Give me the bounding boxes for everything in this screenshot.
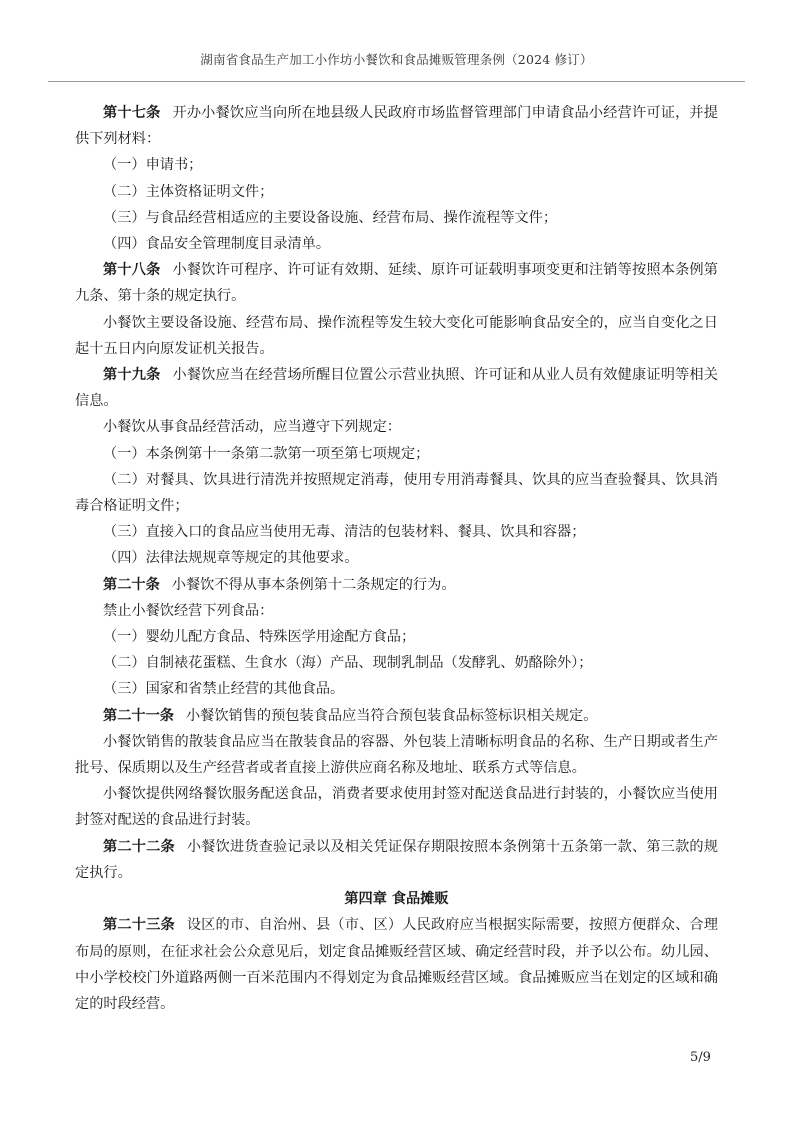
- paragraph: 第十七条开办小餐饮应当向所在地县级人民政府市场监督管理部门申请食品小经营许可证，…: [75, 100, 718, 152]
- article-number: 第二十三条: [103, 917, 175, 933]
- page-number: 5/9: [690, 1050, 711, 1065]
- paragraph-text: 小餐饮不得从事本条例第十二条规定的行为。: [172, 577, 456, 593]
- paragraph-text: （三）与食品经营相适应的主要设备设施、经营布局、操作流程等文件；: [103, 210, 557, 226]
- paragraph-text: （一）申请书；: [103, 157, 202, 173]
- paragraph-text: 小餐饮销售的预包装食品应当符合预包装食品标签标识相关规定。: [186, 708, 597, 724]
- paragraph: 禁止小餐饮经营下列食品：: [75, 598, 718, 624]
- paragraph-text: 开办小餐饮应当向所在地县级人民政府市场监督管理部门申请食品小经营许可证，并提供下…: [75, 105, 718, 147]
- paragraph-text: （三）国家和省禁止经营的其他食品。: [103, 681, 344, 697]
- paragraph: 小餐饮销售的散装食品应当在散装食品的容器、外包装上清晰标明食品的名称、生产日期或…: [75, 729, 718, 781]
- list-item: （二）主体资格证明文件；: [75, 179, 718, 205]
- running-header: 湖南省食品生产加工小作坊小餐饮和食品摊贩管理条例（2024 修订）: [48, 50, 745, 68]
- paragraph-text: （一）婴幼儿配方食品、特殊医学用途配方食品；: [103, 629, 415, 645]
- paragraph: 第二十条小餐饮不得从事本条例第十二条规定的行为。: [75, 572, 718, 598]
- article-number: 第二十二条: [103, 839, 175, 855]
- paragraph-text: 小餐饮提供网络餐饮服务配送食品，消费者要求使用封签对配送食品进行封装的，小餐饮应…: [75, 786, 718, 828]
- paragraph-text: （二）对餐具、饮具进行清洗并按照规定消毒，使用专用消毒餐具、饮具的应当查验餐具、…: [75, 472, 718, 514]
- paragraph-text: （一）本条例第十一条第二款第一项至第七项规定；: [103, 446, 429, 462]
- list-item: （二）自制裱花蛋糕、生食水（海）产品、现制乳制品（发酵乳、奶酪除外）；: [75, 650, 718, 676]
- paragraph: 小餐饮从事食品经营活动，应当遵守下列规定：: [75, 414, 718, 440]
- paragraph: 小餐饮提供网络餐饮服务配送食品，消费者要求使用封签对配送食品进行封装的，小餐饮应…: [75, 781, 718, 833]
- paragraph: 第十九条小餐饮应当在经营场所醒目位置公示营业执照、许可证和从业人员有效健康证明等…: [75, 362, 718, 414]
- paragraph: 第二十三条设区的市、自治州、县（市、区）人民政府应当根据实际需要，按照方便群众、…: [75, 912, 718, 1017]
- paragraph-text: 小餐饮许可程序、许可证有效期、延续、原许可证载明事项变更和注销等按照本条例第九条…: [75, 262, 718, 304]
- paragraph-text: （四）法律法规规章等规定的其他要求。: [103, 550, 358, 566]
- article-number: 第十九条: [103, 367, 160, 383]
- document-body: 第十七条开办小餐饮应当向所在地县级人民政府市场监督管理部门申请食品小经营许可证，…: [75, 100, 718, 1017]
- paragraph: 第二十二条小餐饮进货查验记录以及相关凭证保存期限按照本条例第十五条第一款、第三款…: [75, 834, 718, 886]
- article-number: 第二十一条: [103, 708, 174, 724]
- paragraph-text: 小餐饮主要设备设施、经营布局、操作流程等发生较大变化可能影响食品安全的，应当自变…: [75, 315, 718, 357]
- paragraph-text: （二）主体资格证明文件；: [103, 184, 273, 200]
- list-item: （三）与食品经营相适应的主要设备设施、经营布局、操作流程等文件；: [75, 205, 718, 231]
- paragraph-text: 小餐饮从事食品经营活动，应当遵守下列规定：: [103, 419, 401, 435]
- paragraph-text: （二）自制裱花蛋糕、生食水（海）产品、现制乳制品（发酵乳、奶酪除外）；: [103, 655, 592, 671]
- list-item: （四）食品安全管理制度目录清单。: [75, 231, 718, 257]
- article-number: 第二十条: [103, 577, 160, 593]
- paragraph: 小餐饮主要设备设施、经营布局、操作流程等发生较大变化可能影响食品安全的，应当自变…: [75, 310, 718, 362]
- paragraph-text: （四）食品安全管理制度目录清单。: [103, 236, 330, 252]
- list-item: （一）婴幼儿配方食品、特殊医学用途配方食品；: [75, 624, 718, 650]
- paragraph: 第十八条小餐饮许可程序、许可证有效期、延续、原许可证载明事项变更和注销等按照本条…: [75, 257, 718, 309]
- paragraph-text: 小餐饮应当在经营场所醒目位置公示营业执照、许可证和从业人员有效健康证明等相关信息…: [75, 367, 718, 409]
- paragraph-text: 禁止小餐饮经营下列食品：: [103, 603, 273, 619]
- chapter-heading: 第四章 食品摊贩: [75, 886, 718, 912]
- header-divider: [48, 81, 745, 82]
- paragraph-text: 小餐饮销售的散装食品应当在散装食品的容器、外包装上清晰标明食品的名称、生产日期或…: [75, 734, 718, 776]
- paragraph-text: （三）直接入口的食品应当使用无毒、清洁的包装材料、餐具、饮具和容器；: [103, 524, 585, 540]
- paragraph: 第二十一条小餐饮销售的预包装食品应当符合预包装食品标签标识相关规定。: [75, 703, 718, 729]
- article-number: 第十七条: [103, 105, 160, 121]
- list-item: （四）法律法规规章等规定的其他要求。: [75, 545, 718, 571]
- list-item: （二）对餐具、饮具进行清洗并按照规定消毒，使用专用消毒餐具、饮具的应当查验餐具、…: [75, 467, 718, 519]
- list-item: （一）本条例第十一条第二款第一项至第七项规定；: [75, 441, 718, 467]
- list-item: （一）申请书；: [75, 152, 718, 178]
- list-item: （三）直接入口的食品应当使用无毒、清洁的包装材料、餐具、饮具和容器；: [75, 519, 718, 545]
- article-number: 第十八条: [103, 262, 160, 278]
- list-item: （三）国家和省禁止经营的其他食品。: [75, 676, 718, 702]
